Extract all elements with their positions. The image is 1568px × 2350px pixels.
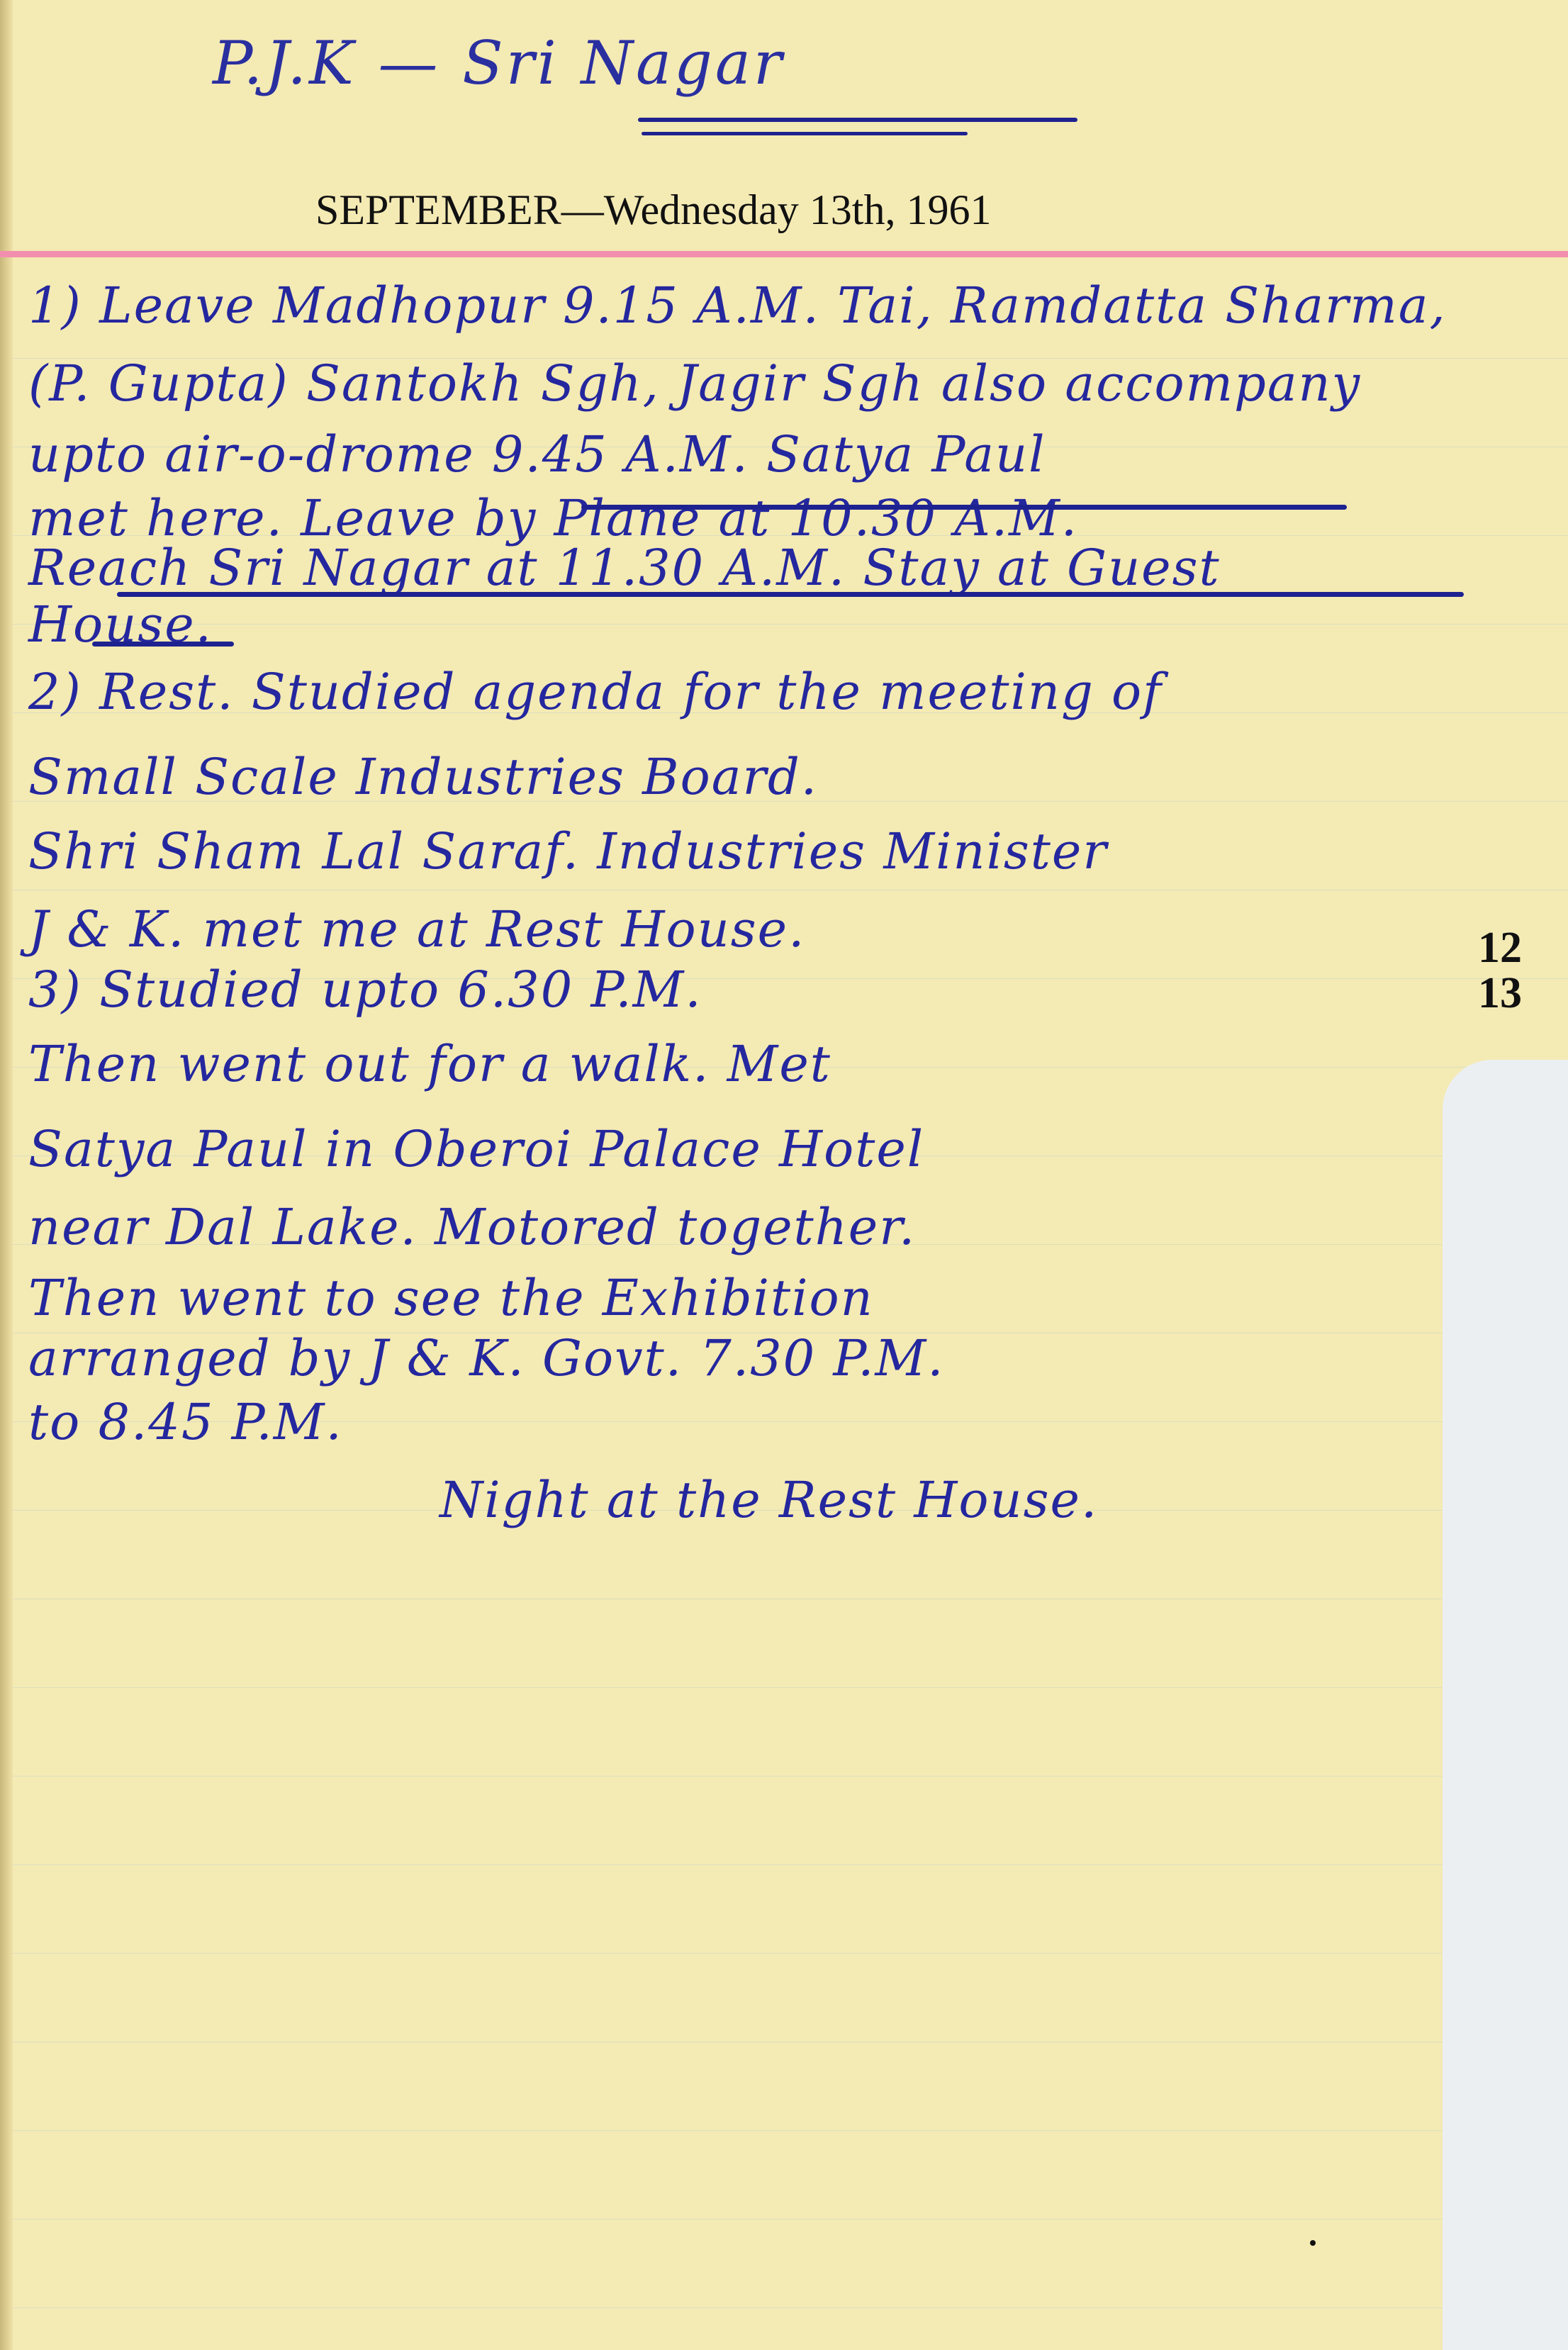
ruled-line — [13, 1776, 1568, 1777]
entry-line: 2) Rest. Studied agenda for the meeting … — [28, 663, 1163, 721]
entry-line: to 8.45 P.M. — [28, 1393, 343, 1451]
page-edge-underneath — [1443, 1060, 1568, 2350]
ruled-line — [13, 890, 1568, 890]
margin-line — [0, 251, 1568, 257]
entry-line: near Dal Lake. Motored together. — [28, 1198, 916, 1256]
ruled-line — [13, 2042, 1568, 2042]
header-underline — [638, 118, 1077, 122]
entry-line: J & K. met me at Rest House. — [28, 900, 805, 958]
underline — [117, 592, 1464, 597]
entry-line: upto air-o-drome 9.45 A.M. Satya Paul — [28, 425, 1046, 483]
page-tab-bottom: 13 — [1478, 970, 1522, 1016]
ink-speck — [1310, 2240, 1316, 2246]
entry-line: 3) Studied upto 6.30 P.M. — [28, 961, 702, 1019]
entry-line: Then went out for a walk. Met — [28, 1035, 831, 1093]
entry-line: Shri Sham Lal Saraf. Industries Minister — [28, 822, 1108, 880]
underline — [581, 505, 1347, 510]
ruled-line — [13, 1953, 1568, 1954]
ruled-line — [13, 1687, 1568, 1688]
page-tab[interactable]: 12 13 — [1478, 925, 1522, 1016]
ruled-line — [13, 2130, 1568, 2131]
entry-line: Satya Paul in Oberoi Palace Hotel — [28, 1120, 924, 1178]
entry-line: Then went to see the Exhibition — [28, 1269, 874, 1327]
diary-page: P.J.K — Sri Nagar SEPTEMBER—Wednesday 13… — [0, 0, 1568, 2350]
ruled-line — [13, 624, 1568, 625]
entry-line: Reach Sri Nagar at 11.30 A.M. Stay at Gu… — [28, 539, 1221, 597]
ruled-line — [13, 1864, 1568, 1865]
page-tab-top: 12 — [1478, 925, 1522, 970]
entry-line: Small Scale Industries Board. — [28, 748, 818, 806]
entry-line: (P. Gupta) Santokh Sgh, Jagir Sgh also a… — [28, 354, 1361, 413]
ruled-line — [13, 2307, 1568, 2308]
date-heading: SEPTEMBER—Wednesday 13th, 1961 — [315, 186, 991, 235]
ruled-line — [13, 2219, 1568, 2220]
ruled-line — [13, 1599, 1568, 1599]
handwritten-header-note: P.J.K — Sri Nagar — [213, 28, 785, 98]
header-underline — [642, 132, 968, 135]
underline — [92, 642, 234, 647]
entry-line: arranged by J & K. Govt. 7.30 P.M. — [28, 1329, 945, 1387]
entry-line: 1) Leave Madhopur 9.15 A.M. Tai, Ramdatt… — [28, 276, 1447, 335]
entry-line: Night at the Rest House. — [439, 1471, 1098, 1529]
